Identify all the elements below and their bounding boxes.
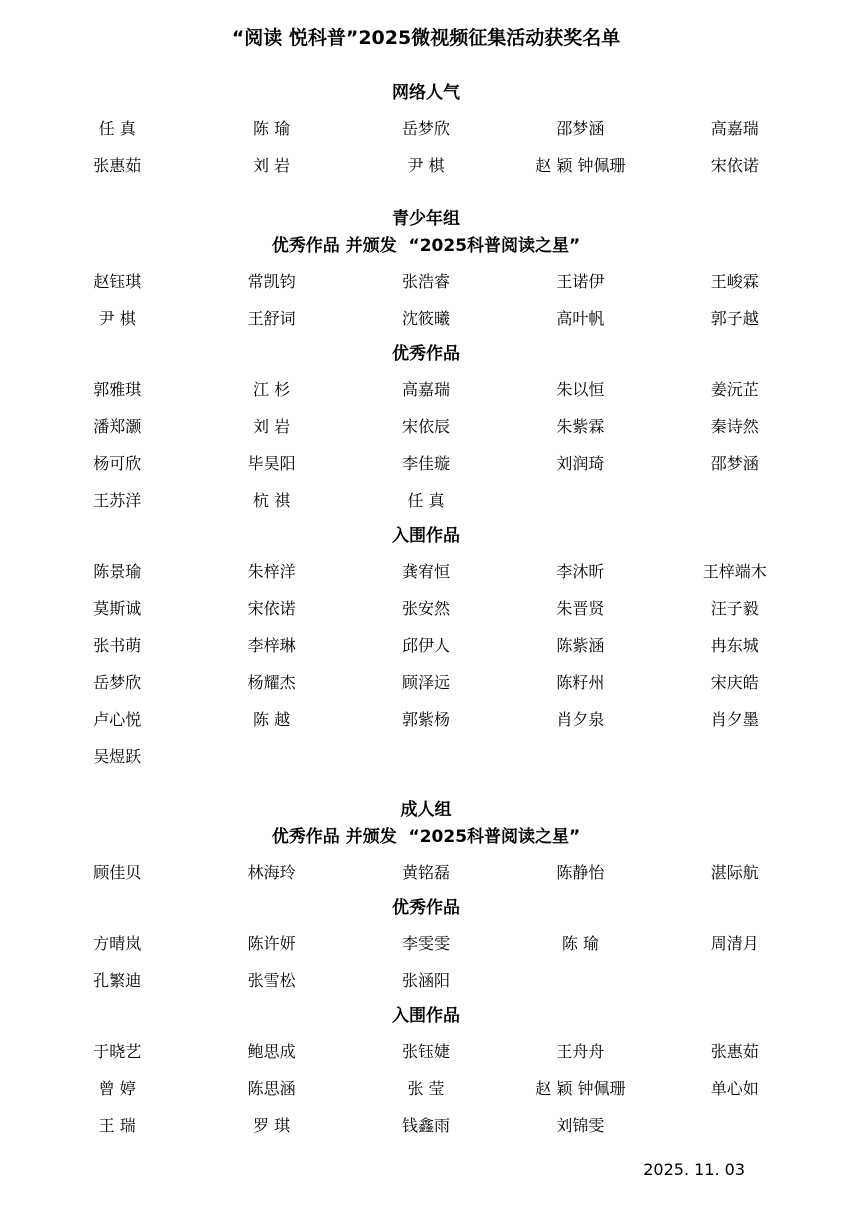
winner-name: 陈许妍 xyxy=(194,934,348,954)
empty-cell xyxy=(658,491,812,511)
winner-name: 王舟舟 xyxy=(503,1042,657,1062)
winner-row: 潘郑灏刘 岩宋依辰朱紫霖秦诗然 xyxy=(40,417,812,437)
winner-name: 任 真 xyxy=(349,491,503,511)
winner-name: 罗 琪 xyxy=(194,1116,348,1136)
group-subheading: 入围作品 xyxy=(40,1006,812,1027)
empty-cell xyxy=(503,491,657,511)
group-subheading: 优秀作品 并颁发 “2025科普阅读之星” xyxy=(40,236,812,257)
empty-cell xyxy=(658,747,812,767)
winner-name: 刘 岩 xyxy=(194,156,348,176)
winner-name: 张安然 xyxy=(349,599,503,619)
winner-row: 王 瑞罗 琪钱鑫雨刘锦雯 xyxy=(40,1116,812,1136)
winner-row: 张书萌李梓琳邱伊人陈紫涵冉东城 xyxy=(40,636,812,656)
empty-cell xyxy=(349,747,503,767)
winner-grid: 顾佳贝林海玲黄铭磊陈静怡湛际航 xyxy=(40,848,812,883)
winner-name: 高嘉瑞 xyxy=(349,380,503,400)
winner-name: 陈思涵 xyxy=(194,1079,348,1099)
winner-name: 曾 婷 xyxy=(40,1079,194,1099)
winner-name: 宋庆皓 xyxy=(658,673,812,693)
winner-row: 顾佳贝林海玲黄铭磊陈静怡湛际航 xyxy=(40,863,812,883)
winner-name: 李佳璇 xyxy=(349,454,503,474)
winner-name: 于晓艺 xyxy=(40,1042,194,1062)
winner-name: 卢心悦 xyxy=(40,710,194,730)
winner-name: 任 真 xyxy=(40,119,194,139)
empty-cell xyxy=(658,1116,812,1136)
winner-name: 高叶帆 xyxy=(503,309,657,329)
section-heading: 成人组 xyxy=(40,800,812,821)
winner-name: 肖夕泉 xyxy=(503,710,657,730)
winner-name: 李雯雯 xyxy=(349,934,503,954)
winner-name: 岳梦欣 xyxy=(349,119,503,139)
empty-cell xyxy=(503,971,657,991)
winner-name: 湛际航 xyxy=(658,863,812,883)
winner-name: 钱鑫雨 xyxy=(349,1116,503,1136)
winner-name: 岳梦欣 xyxy=(40,673,194,693)
winner-row: 杨可欣毕昊阳李佳璇刘润琦邵梦涵 xyxy=(40,454,812,474)
winner-row: 吴煜跃 xyxy=(40,747,812,767)
winner-name: 张惠茹 xyxy=(658,1042,812,1062)
winner-row: 王苏洋杭 祺任 真 xyxy=(40,491,812,511)
winner-name: 陈 越 xyxy=(194,710,348,730)
winner-name: 宋依诺 xyxy=(658,156,812,176)
winner-name: 单心如 xyxy=(658,1079,812,1099)
winner-name: 张雪松 xyxy=(194,971,348,991)
winner-name: 朱紫霖 xyxy=(503,417,657,437)
winner-name: 莫斯诚 xyxy=(40,599,194,619)
winner-name: 李沐昕 xyxy=(503,562,657,582)
winner-row: 郭雅琪江 杉高嘉瑞朱以恒姜沅芷 xyxy=(40,380,812,400)
winner-name: 赵 颖 钟佩珊 xyxy=(503,156,657,176)
winner-name: 赵 颖 钟佩珊 xyxy=(503,1079,657,1099)
winner-name: 邱伊人 xyxy=(349,636,503,656)
winner-name: 毕昊阳 xyxy=(194,454,348,474)
winner-name: 冉东城 xyxy=(658,636,812,656)
winner-name: 秦诗然 xyxy=(658,417,812,437)
winner-name: 周清月 xyxy=(658,934,812,954)
document-title: “阅读 悦科普”2025微视频征集活动获奖名单 xyxy=(40,26,812,50)
winner-name: 杭 祺 xyxy=(194,491,348,511)
document-date: 2025. 11. 03 xyxy=(40,1160,812,1180)
winner-name: 王诺伊 xyxy=(503,272,657,292)
winner-name: 朱梓洋 xyxy=(194,562,348,582)
winner-name: 吴煜跃 xyxy=(40,747,194,767)
winner-name: 陈 瑜 xyxy=(194,119,348,139)
winner-name: 王 瑞 xyxy=(40,1116,194,1136)
sections-container: 网络人气任 真陈 瑜岳梦欣邵梦涵高嘉瑞张惠茹刘 岩尹 棋赵 颖 钟佩珊宋依诺青少… xyxy=(40,50,812,1136)
winner-name: 邵梦涵 xyxy=(503,119,657,139)
winner-name: 张涵阳 xyxy=(349,971,503,991)
winner-name: 龚宥恒 xyxy=(349,562,503,582)
winner-name: 陈静怡 xyxy=(503,863,657,883)
winner-name: 汪子毅 xyxy=(658,599,812,619)
winner-name: 林海玲 xyxy=(194,863,348,883)
winner-row: 卢心悦陈 越郭紫杨肖夕泉肖夕墨 xyxy=(40,710,812,730)
winner-name: 姜沅芷 xyxy=(658,380,812,400)
winner-row: 方晴岚陈许妍李雯雯陈 瑜周清月 xyxy=(40,934,812,954)
winner-grid: 任 真陈 瑜岳梦欣邵梦涵高嘉瑞张惠茹刘 岩尹 棋赵 颖 钟佩珊宋依诺 xyxy=(40,104,812,176)
winner-name: 尹 棋 xyxy=(349,156,503,176)
winner-name: 沈筱曦 xyxy=(349,309,503,329)
empty-cell xyxy=(658,971,812,991)
winner-row: 赵钰琪常凯钧张浩睿王诺伊王峻霖 xyxy=(40,272,812,292)
winner-row: 张惠茹刘 岩尹 棋赵 颖 钟佩珊宋依诺 xyxy=(40,156,812,176)
winner-name: 宋依辰 xyxy=(349,417,503,437)
empty-cell xyxy=(194,747,348,767)
winner-grid: 郭雅琪江 杉高嘉瑞朱以恒姜沅芷潘郑灏刘 岩宋依辰朱紫霖秦诗然杨可欣毕昊阳李佳璇刘… xyxy=(40,365,812,511)
winner-name: 常凯钧 xyxy=(194,272,348,292)
winner-name: 陈 瑜 xyxy=(503,934,657,954)
section-heading: 网络人气 xyxy=(40,83,812,104)
winner-grid: 于晓艺鲍思成张钰婕王舟舟张惠茹曾 婷陈思涵张 莹赵 颖 钟佩珊单心如王 瑞罗 琪… xyxy=(40,1027,812,1136)
section-heading: 青少年组 xyxy=(40,209,812,230)
winner-name: 张 莹 xyxy=(349,1079,503,1099)
winner-name: 鲍思成 xyxy=(194,1042,348,1062)
winner-grid: 赵钰琪常凯钧张浩睿王诺伊王峻霖尹 棋王舒词沈筱曦高叶帆郭子越 xyxy=(40,257,812,329)
winner-name: 张钰婕 xyxy=(349,1042,503,1062)
winner-name: 高嘉瑞 xyxy=(658,119,812,139)
winner-grid: 陈景瑜朱梓洋龚宥恒李沐昕王梓端木莫斯诚宋依诺张安然朱晋贤汪子毅张书萌李梓琳邱伊人… xyxy=(40,547,812,767)
winner-row: 莫斯诚宋依诺张安然朱晋贤汪子毅 xyxy=(40,599,812,619)
winner-name: 朱以恒 xyxy=(503,380,657,400)
winner-row: 尹 棋王舒词沈筱曦高叶帆郭子越 xyxy=(40,309,812,329)
winner-name: 张书萌 xyxy=(40,636,194,656)
winner-name: 黄铭磊 xyxy=(349,863,503,883)
winner-name: 王苏洋 xyxy=(40,491,194,511)
winner-name: 顾泽远 xyxy=(349,673,503,693)
winner-name: 肖夕墨 xyxy=(658,710,812,730)
winner-name: 郭子越 xyxy=(658,309,812,329)
winner-name: 朱晋贤 xyxy=(503,599,657,619)
winner-name: 杨耀杰 xyxy=(194,673,348,693)
winner-name: 王峻霖 xyxy=(658,272,812,292)
empty-cell xyxy=(503,747,657,767)
winner-name: 潘郑灏 xyxy=(40,417,194,437)
winner-row: 任 真陈 瑜岳梦欣邵梦涵高嘉瑞 xyxy=(40,119,812,139)
winner-name: 尹 棋 xyxy=(40,309,194,329)
winner-name: 顾佳贝 xyxy=(40,863,194,883)
group-subheading: 优秀作品 xyxy=(40,344,812,365)
group-subheading: 入围作品 xyxy=(40,526,812,547)
group-subheading: 优秀作品 并颁发 “2025科普阅读之星” xyxy=(40,827,812,848)
winner-name: 王梓端木 xyxy=(658,562,812,582)
winner-name: 李梓琳 xyxy=(194,636,348,656)
group-subheading: 优秀作品 xyxy=(40,898,812,919)
winner-row: 曾 婷陈思涵张 莹赵 颖 钟佩珊单心如 xyxy=(40,1079,812,1099)
winner-name: 张浩睿 xyxy=(349,272,503,292)
winner-name: 陈景瑜 xyxy=(40,562,194,582)
winner-name: 杨可欣 xyxy=(40,454,194,474)
winner-row: 陈景瑜朱梓洋龚宥恒李沐昕王梓端木 xyxy=(40,562,812,582)
winner-name: 赵钰琪 xyxy=(40,272,194,292)
winner-name: 宋依诺 xyxy=(194,599,348,619)
winner-name: 陈紫涵 xyxy=(503,636,657,656)
winner-row: 孔繁迪张雪松张涵阳 xyxy=(40,971,812,991)
winner-name: 张惠茹 xyxy=(40,156,194,176)
winner-name: 孔繁迪 xyxy=(40,971,194,991)
winner-grid: 方晴岚陈许妍李雯雯陈 瑜周清月孔繁迪张雪松张涵阳 xyxy=(40,919,812,991)
winner-name: 陈籽州 xyxy=(503,673,657,693)
winner-name: 刘锦雯 xyxy=(503,1116,657,1136)
winner-row: 于晓艺鲍思成张钰婕王舟舟张惠茹 xyxy=(40,1042,812,1062)
page: { "title": "“阅读 悦科普”2025微视频征集活动获奖名单", "d… xyxy=(0,0,852,1208)
winner-name: 郭雅琪 xyxy=(40,380,194,400)
winner-row: 岳梦欣杨耀杰顾泽远陈籽州宋庆皓 xyxy=(40,673,812,693)
winner-name: 王舒词 xyxy=(194,309,348,329)
winner-name: 方晴岚 xyxy=(40,934,194,954)
award-document: “阅读 悦科普”2025微视频征集活动获奖名单 网络人气任 真陈 瑜岳梦欣邵梦涵… xyxy=(0,0,852,1208)
winner-name: 刘润琦 xyxy=(503,454,657,474)
winner-name: 郭紫杨 xyxy=(349,710,503,730)
winner-name: 刘 岩 xyxy=(194,417,348,437)
winner-name: 邵梦涵 xyxy=(658,454,812,474)
winner-name: 江 杉 xyxy=(194,380,348,400)
